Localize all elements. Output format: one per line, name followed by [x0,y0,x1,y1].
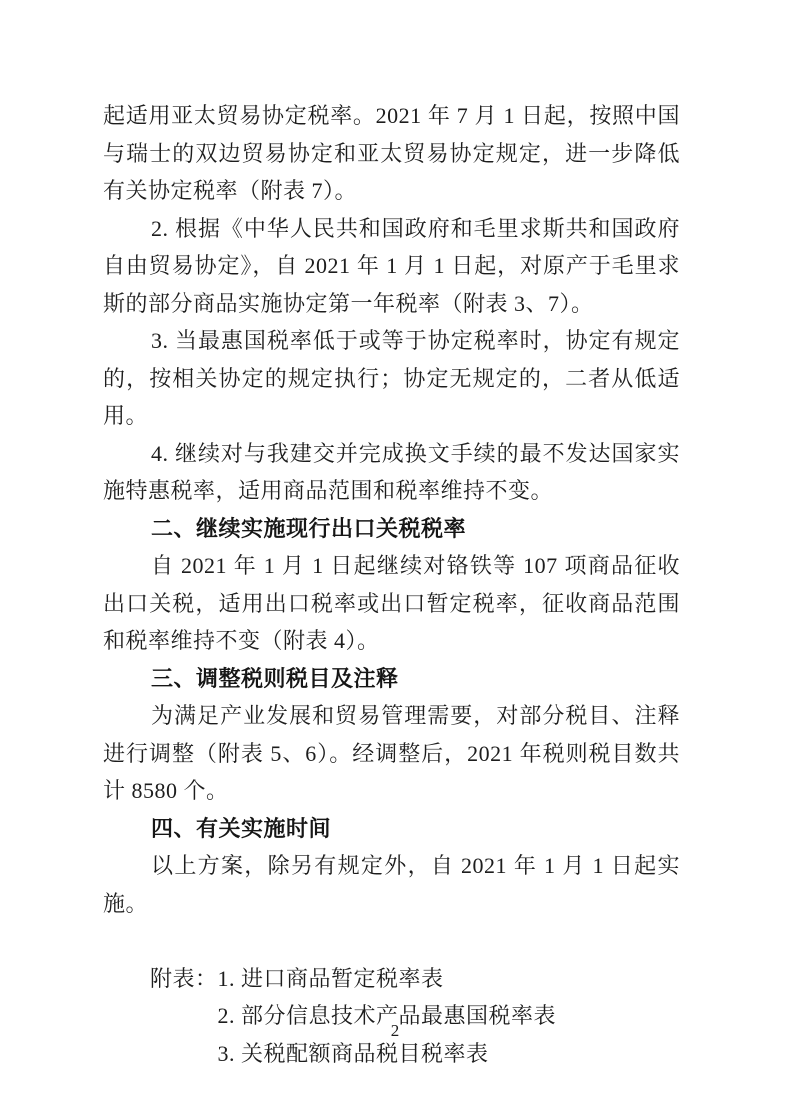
document-body: 起适用亚太贸易协定税率。2021 年 7 月 1 日起，按照中国与瑞士的双边贸易… [103,97,680,1072]
section-heading-implementation-time: 四、有关实施时间 [103,810,680,848]
document-page: 起适用亚太贸易协定税率。2021 年 7 月 1 日起，按照中国与瑞士的双边贸易… [0,0,790,1119]
attachments-list: 附表： 1. 进口商品暂定税率表 2. 部分信息技术产品最惠国税率表 3. 关税… [103,960,680,1073]
numbered-paragraph-2: 2. 根据《中华人民共和国政府和毛里求斯共和国政府自由贸易协定》，自 2021 … [103,210,680,323]
section-body-implementation-time: 以上方案，除另有规定外，自 2021 年 1 月 1 日起实施。 [103,847,680,922]
page-number: 2 [0,1021,790,1041]
attachments-label: 附表： [150,960,218,998]
attachment-items: 1. 进口商品暂定税率表 2. 部分信息技术产品最惠国税率表 3. 关税配额商品… [218,960,680,1073]
numbered-paragraph-4: 4. 继续对与我建交并完成换文手续的最不发达国家实施特惠税率，适用商品范围和税率… [103,435,680,510]
attachment-item-1: 1. 进口商品暂定税率表 [218,960,680,998]
section-body-tariff-items: 为满足产业发展和贸易管理需要，对部分税目、注释进行调整（附表 5、6）。经调整后… [103,697,680,810]
section-heading-export-tariff: 二、继续实施现行出口关税税率 [103,510,680,548]
paragraph-continuation: 起适用亚太贸易协定税率。2021 年 7 月 1 日起，按照中国与瑞士的双边贸易… [103,97,680,210]
section-body-export-tariff: 自 2021 年 1 月 1 日起继续对铬铁等 107 项商品征收出口关税，适用… [103,547,680,660]
section-heading-tariff-items: 三、调整税则税目及注释 [103,660,680,698]
numbered-paragraph-3: 3. 当最惠国税率低于或等于协定税率时，协定有规定的，按相关协定的规定执行；协定… [103,322,680,435]
